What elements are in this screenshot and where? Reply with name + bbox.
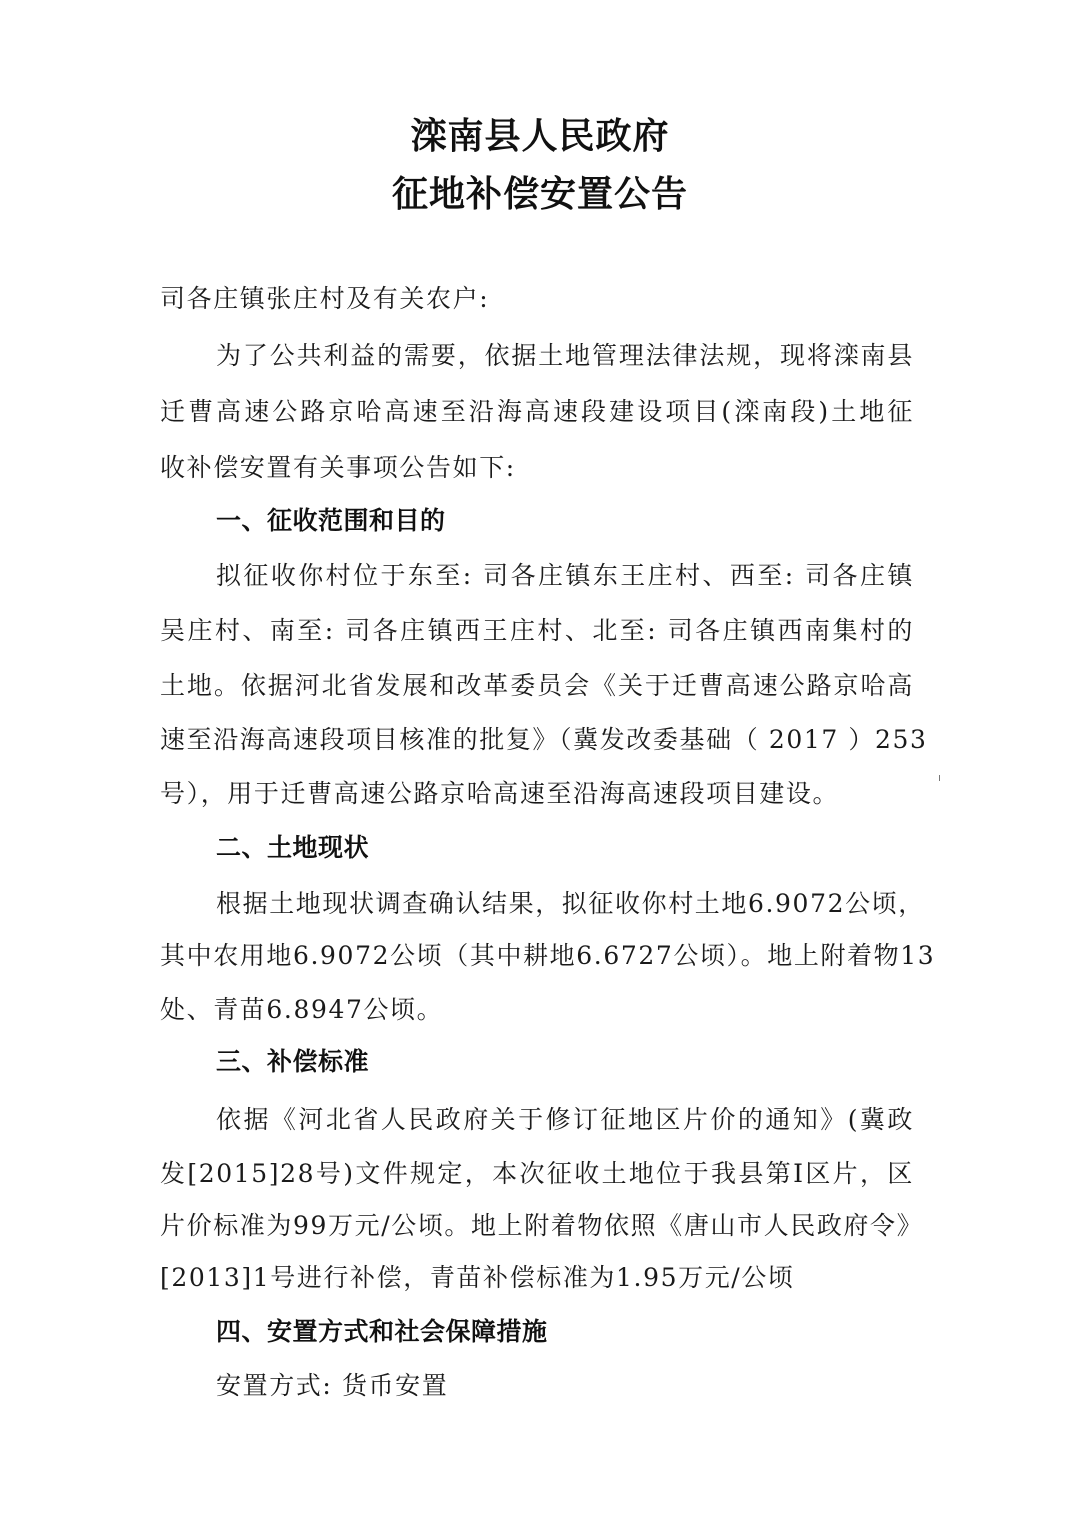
addressee: 司各庄镇张庄村及有关农户:: [160, 283, 489, 315]
section-heading: 二、土地现状: [216, 832, 369, 864]
document-page: 滦南县人民政府 征地补偿安置公告 司各庄镇张庄村及有关农户: 为了公共利益的需要…: [0, 0, 1080, 1526]
paragraph-line: 拟征收你村位于东至: 司各庄镇东王庄村、西至: 司各庄镇: [160, 560, 914, 592]
paragraph-line: 收补偿安置有关事项公告如下:: [160, 452, 516, 484]
paragraph-line: 吴庄村、南至: 司各庄镇西王庄村、北至: 司各庄镇西南集村的: [160, 615, 914, 647]
section-heading: 四、安置方式和社会保障措施: [216, 1316, 548, 1348]
paragraph-line: [2013]1号进行补偿，青苗补偿标准为1.95万元/公顷: [160, 1262, 795, 1294]
title-issuer: 滦南县人民政府: [0, 108, 1080, 159]
title-notice: 征地补偿安置公告: [0, 166, 1080, 217]
paragraph-line: 号），用于迁曹高速公路京哈高速至沿海高速段项目建设。: [160, 778, 839, 810]
paragraph-line: 为了公共利益的需要，依据土地管理法律法规，现将滦南县: [160, 340, 914, 372]
paragraph-line: 处、青苗6.8947公顷。: [160, 994, 443, 1026]
section-heading: 三、补偿标准: [216, 1046, 369, 1078]
section-heading: 一、征收范围和目的: [216, 505, 446, 537]
paragraph-line: 依据《河北省人民政府关于修订征地区片价的通知》(冀政: [160, 1104, 914, 1136]
paragraph-line: 迁曹高速公路京哈高速至沿海高速段建设项目(滦南段)土地征: [160, 396, 914, 428]
scan-artifact: [939, 775, 940, 781]
paragraph-line: 土地。依据河北省发展和改革委员会《关于迁曹高速公路京哈高: [160, 670, 914, 702]
paragraph-line: 安置方式: 货币安置: [216, 1370, 448, 1402]
paragraph-line: 速至沿海高速段项目核准的批复》（冀发改委基础（ 2017 ）253: [160, 724, 914, 756]
paragraph-line: 根据土地现状调查确认结果，拟征收你村土地6.9072公顷，: [160, 888, 914, 920]
paragraph-line: 片价标准为99万元/公顷。地上附着物依照《唐山市人民政府令》: [160, 1210, 914, 1242]
paragraph-line: 发[2015]28号)文件规定，本次征收土地位于我县第Ⅰ区片，区: [160, 1158, 914, 1190]
paragraph-line: 其中农用地6.9072公顷（其中耕地6.6727公顷）。地上附着物13: [160, 940, 914, 972]
